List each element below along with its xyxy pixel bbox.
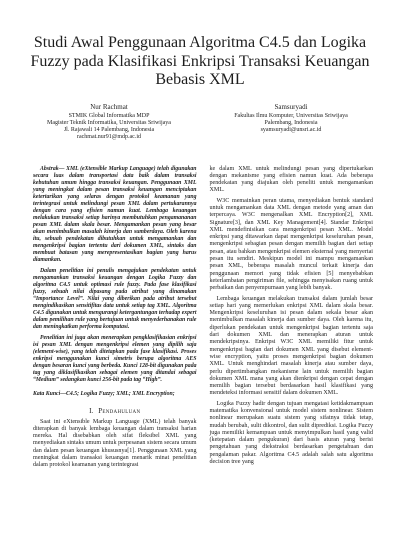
- paragraph: Logika Fuzzy hadir dengan tujuan mengata…: [210, 401, 374, 467]
- paragraph: Saat ini eXtensible Markup Language (XML…: [33, 419, 197, 470]
- right-column: ke dalam XML untuk melindungi pesan yang…: [210, 166, 374, 473]
- paper-page: Studi Awal Penggunaan Algoritma C4.5 dan…: [0, 0, 400, 550]
- author-affiliation-line: Magister Teknik Informatika, Universitas…: [18, 120, 200, 127]
- abstract-label: Abstrak—: [40, 166, 64, 172]
- abstract-paragraph: Dalam penelitian ini penulis mengajukan …: [33, 268, 197, 331]
- author-name: Nur Rachmat: [18, 103, 200, 112]
- abstract-paragraph: Penelitian ini juga akan menerapkan peng…: [33, 335, 197, 384]
- author-affiliation-line: STMIK Global Informatika MDP: [18, 113, 200, 120]
- paper-title-line: Bebasis XML: [15, 71, 385, 90]
- author-left: Nur Rachmat STMIK Global Informatika MDP…: [18, 103, 200, 141]
- author-email: syamsuryadi@unsri.ac.id: [200, 127, 382, 134]
- section-number: I.: [89, 407, 93, 415]
- section-heading: I.Pendahuluan: [33, 407, 197, 415]
- author-affiliation-line: Jl. Rajawali 14 Palembang, Indonesia: [18, 127, 200, 134]
- author-block: Nur Rachmat STMIK Global Informatika MDP…: [0, 103, 400, 141]
- author-email: rachmat.nur91@mdp.ac.id: [18, 134, 200, 141]
- paper-title: Studi Awal Penggunaan Algoritma C4.5 dan…: [15, 34, 385, 90]
- paper-title-line: Fuzzy pada Klasifikasi Enkripsi Transaks…: [15, 53, 385, 72]
- paper-title-line: Studi Awal Penggunaan Algoritma C4.5 dan…: [15, 34, 385, 53]
- section-title: Pendahuluan: [98, 407, 140, 415]
- paragraph: ke dalam XML untuk melindungi pesan yang…: [210, 166, 374, 195]
- keywords-line: Kata Kunci—C4.5; Logika Fuzzy; XML; XML …: [33, 391, 197, 398]
- left-column: Abstrak— XML (eXtensible Markup Language…: [33, 166, 197, 473]
- paragraph: W3C memainkan peran utama, menyediakan b…: [210, 198, 374, 293]
- abstract-text: XML (eXtensible Markup Language) telah d…: [33, 166, 197, 263]
- author-affiliation-line: Fakultas Ilmu Komputer, Universitas Sriw…: [200, 113, 382, 120]
- paragraph: Lembaga keuangan melakukan transaksi dal…: [210, 296, 374, 398]
- author-name: Samsuryadi: [200, 103, 382, 112]
- abstract-paragraph: Abstrak— XML (eXtensible Markup Language…: [33, 166, 197, 264]
- author-affiliation-line: Palembang, Indonesia: [200, 120, 382, 127]
- body-columns: Abstrak— XML (eXtensible Markup Language…: [0, 166, 400, 473]
- author-right: Samsuryadi Fakultas Ilmu Komputer, Unive…: [200, 103, 382, 141]
- abstract-section: Abstrak— XML (eXtensible Markup Language…: [33, 166, 197, 384]
